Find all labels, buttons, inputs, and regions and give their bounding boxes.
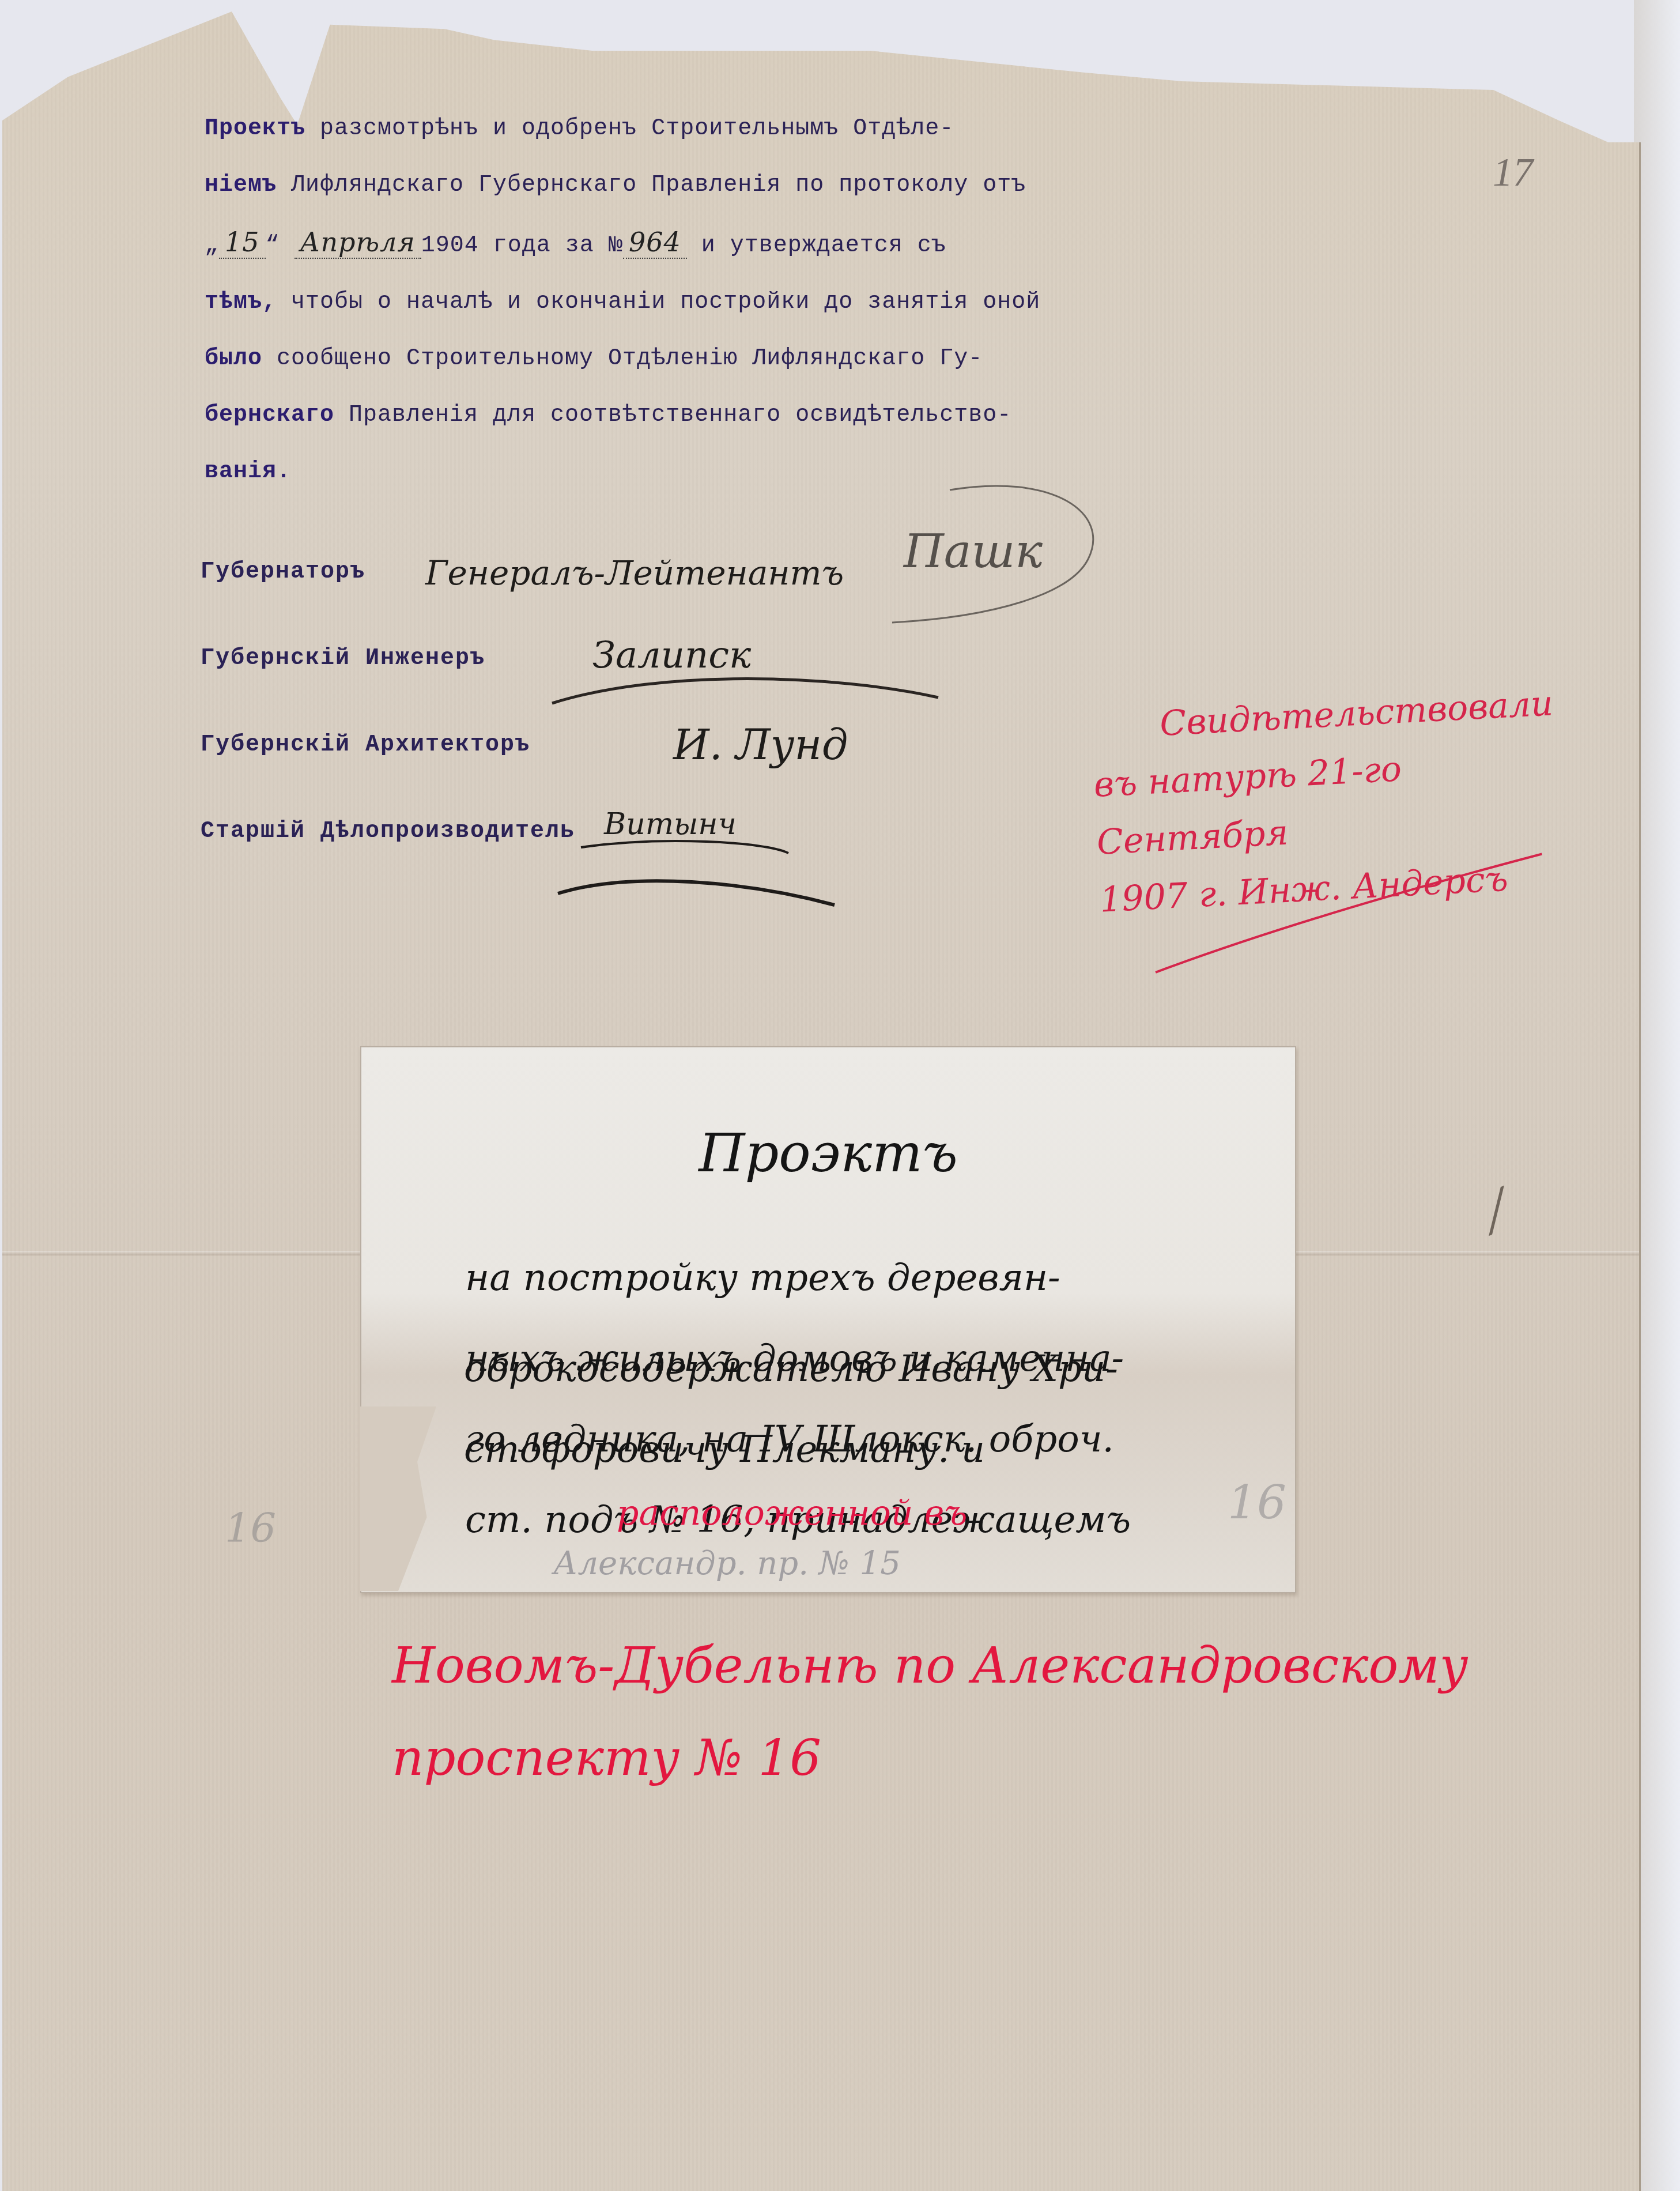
signature-row-governor: Губернаторъ Генералъ-Лейтенантъ Пашк bbox=[201, 542, 1007, 628]
approval-line-4: тѣмъ, чтобы о началѣ и окончаніи построй… bbox=[205, 274, 1150, 331]
approval-line-1: Проектъ разсмотрѣнъ и одобренъ Строитель… bbox=[205, 101, 1150, 157]
folio-number: 17 bbox=[1493, 150, 1533, 196]
governor-rank: Генералъ-Лейтенантъ bbox=[425, 553, 844, 593]
engineer-title: Губернскій Инженеръ bbox=[201, 646, 485, 672]
pencil-mark-right: 16 bbox=[1228, 1476, 1286, 1529]
clerk-signature: Витынч bbox=[604, 807, 737, 842]
slip-red-addition: расположенной въ bbox=[617, 1493, 967, 1533]
approval-line-7: ванія. bbox=[205, 444, 1150, 500]
approval-line-3: „15“ Апрѣля1904 года за №964 и утверждае… bbox=[205, 214, 1150, 274]
protocol-month: Апрѣля bbox=[295, 227, 421, 259]
protocol-number: 964 bbox=[623, 227, 687, 259]
clerk-title: Старшій Дѣлопроизводитель bbox=[201, 819, 575, 844]
protocol-year: 1904 bbox=[421, 233, 479, 259]
approval-line-6: бернскаго Правленія для соотвѣтственнаго… bbox=[205, 387, 1150, 444]
governor-signature: Пашк bbox=[904, 525, 1043, 578]
architect-signature: И. Лунд bbox=[673, 721, 848, 769]
red-certification-flourish bbox=[1145, 848, 1554, 984]
background-wall bbox=[1634, 0, 1680, 2191]
red-certification-note: Свидѣтельствовали въ натурѣ 21-го Сентяб… bbox=[1089, 673, 1585, 929]
approval-text: Проектъ разсмотрѣнъ и одобренъ Строитель… bbox=[205, 101, 1150, 500]
approval-line-2: ніемъ Лифляндскаго Губернскаго Правленія… bbox=[205, 157, 1150, 214]
architect-title: Губернскій Архитекторъ bbox=[201, 732, 530, 758]
red-address: Новомъ-Дубельнѣ по Александровскому прос… bbox=[392, 1620, 1602, 1804]
slip-body-lower: оброкосодержателю Ивану Хри- стофоровичу… bbox=[464, 1329, 1242, 1490]
pencil-mark-left: 16 bbox=[225, 1504, 276, 1552]
protocol-day: 15 bbox=[219, 227, 266, 259]
signature-row-clerk: Старшій Дѣлопроизводитель Витынч bbox=[201, 801, 1007, 888]
slip-pencil-note: Александр. пр. № 15 bbox=[553, 1545, 901, 1582]
signature-row-architect: Губернскій Архитекторъ И. Лунд bbox=[201, 715, 1007, 801]
approval-line-5: было сообщено Строительному Отдѣленію Ли… bbox=[205, 331, 1150, 387]
engineer-signature: Залипск bbox=[592, 634, 751, 677]
signature-row-engineer: Губернскій Инженеръ Залипск bbox=[201, 628, 1007, 715]
governor-title: Губернаторъ bbox=[201, 559, 365, 585]
slip-title: Проэктъ bbox=[361, 1122, 1295, 1184]
signature-block: Губернаторъ Генералъ-Лейтенантъ Пашк Губ… bbox=[201, 542, 1007, 888]
